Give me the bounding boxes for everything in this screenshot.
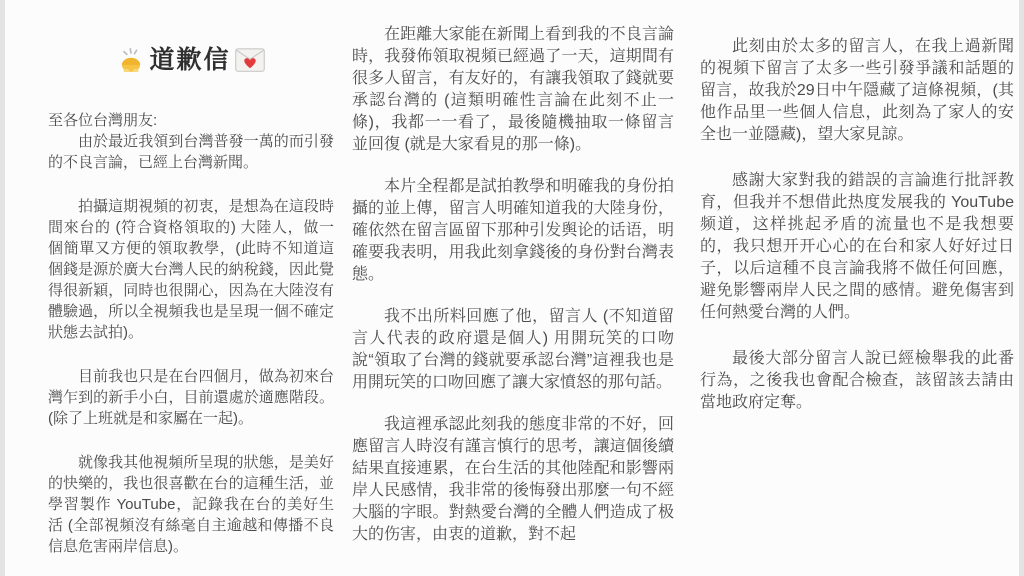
paragraph: 本片全程都是試拍教學和明確我的身份拍攝的並上傳，留言人明確知道我的大陸身份，確依… (352, 176, 674, 286)
paragraph: 最後大部分留言人說已經檢舉我的此番行為，之後我也會配合檢查，該留該去請由當地政府… (700, 348, 1014, 414)
bowing-person-emoji (117, 46, 145, 74)
letter-greeting: 至各位台灣朋友: (48, 110, 334, 131)
apology-letter-page: 道歉信 至各位台灣朋友: 由於最近我領到台灣普發一萬的而引發的不良言論，已經上台… (0, 0, 1024, 576)
paragraph: 此刻由於太多的留言人，在我上過新聞的視頻下留言了太多一些引發爭議和話題的留言，故… (700, 36, 1014, 146)
paragraph: 就像我其他視頻所呈現的狀態，是美好的快樂的，我也很喜歡在台的這種生活，並學習製作… (48, 452, 334, 557)
letter-title: 道歉信 (48, 46, 334, 74)
right-edge-strip (1019, 0, 1024, 576)
paragraph: 目前我也只是在台四個月，做為初來台灣乍到的新手小白，目前還處於適應階段。(除了上… (48, 366, 334, 429)
left-edge-strip (0, 0, 5, 576)
paragraph: 在距離大家能在新聞上看到我的不良言論時，我發佈領取視頻已經過了一天，這期間有很多… (352, 24, 674, 156)
paragraph: 感謝大家對我的錯誤的言論進行批評教育，但我并不想借此热度发展我的 YouTube… (700, 170, 1014, 324)
letter-column-1: 道歉信 至各位台灣朋友: 由於最近我領到台灣普發一萬的而引發的不良言論，已經上台… (48, 46, 334, 557)
paragraph: 由於最近我領到台灣普發一萬的而引發的不良言論，已經上台灣新聞。 (48, 131, 334, 173)
title-text: 道歉信 (149, 50, 230, 71)
paragraph: 我這裡承認此刻我的態度非常的不好，回應留言人時沒有謹言慎行的思考，讓這個後續結果… (352, 414, 674, 546)
letter-column-3: 此刻由於太多的留言人，在我上過新聞的視頻下留言了太多一些引發爭議和話題的留言，故… (700, 36, 1014, 414)
love-letter-emoji (235, 48, 265, 72)
paragraph: 我不出所料回應了他，留言人 (不知道留言人代表的政府還是個人) 用開玩笑的口吻說… (352, 306, 674, 394)
letter-column-2: 在距離大家能在新聞上看到我的不良言論時，我發佈領取視頻已經過了一天，這期間有很多… (352, 24, 674, 546)
paragraph: 拍攝這期視頻的初衷，是想為在這段時間來台的 (符合資格領取的) 大陸人，做一個簡… (48, 196, 334, 343)
